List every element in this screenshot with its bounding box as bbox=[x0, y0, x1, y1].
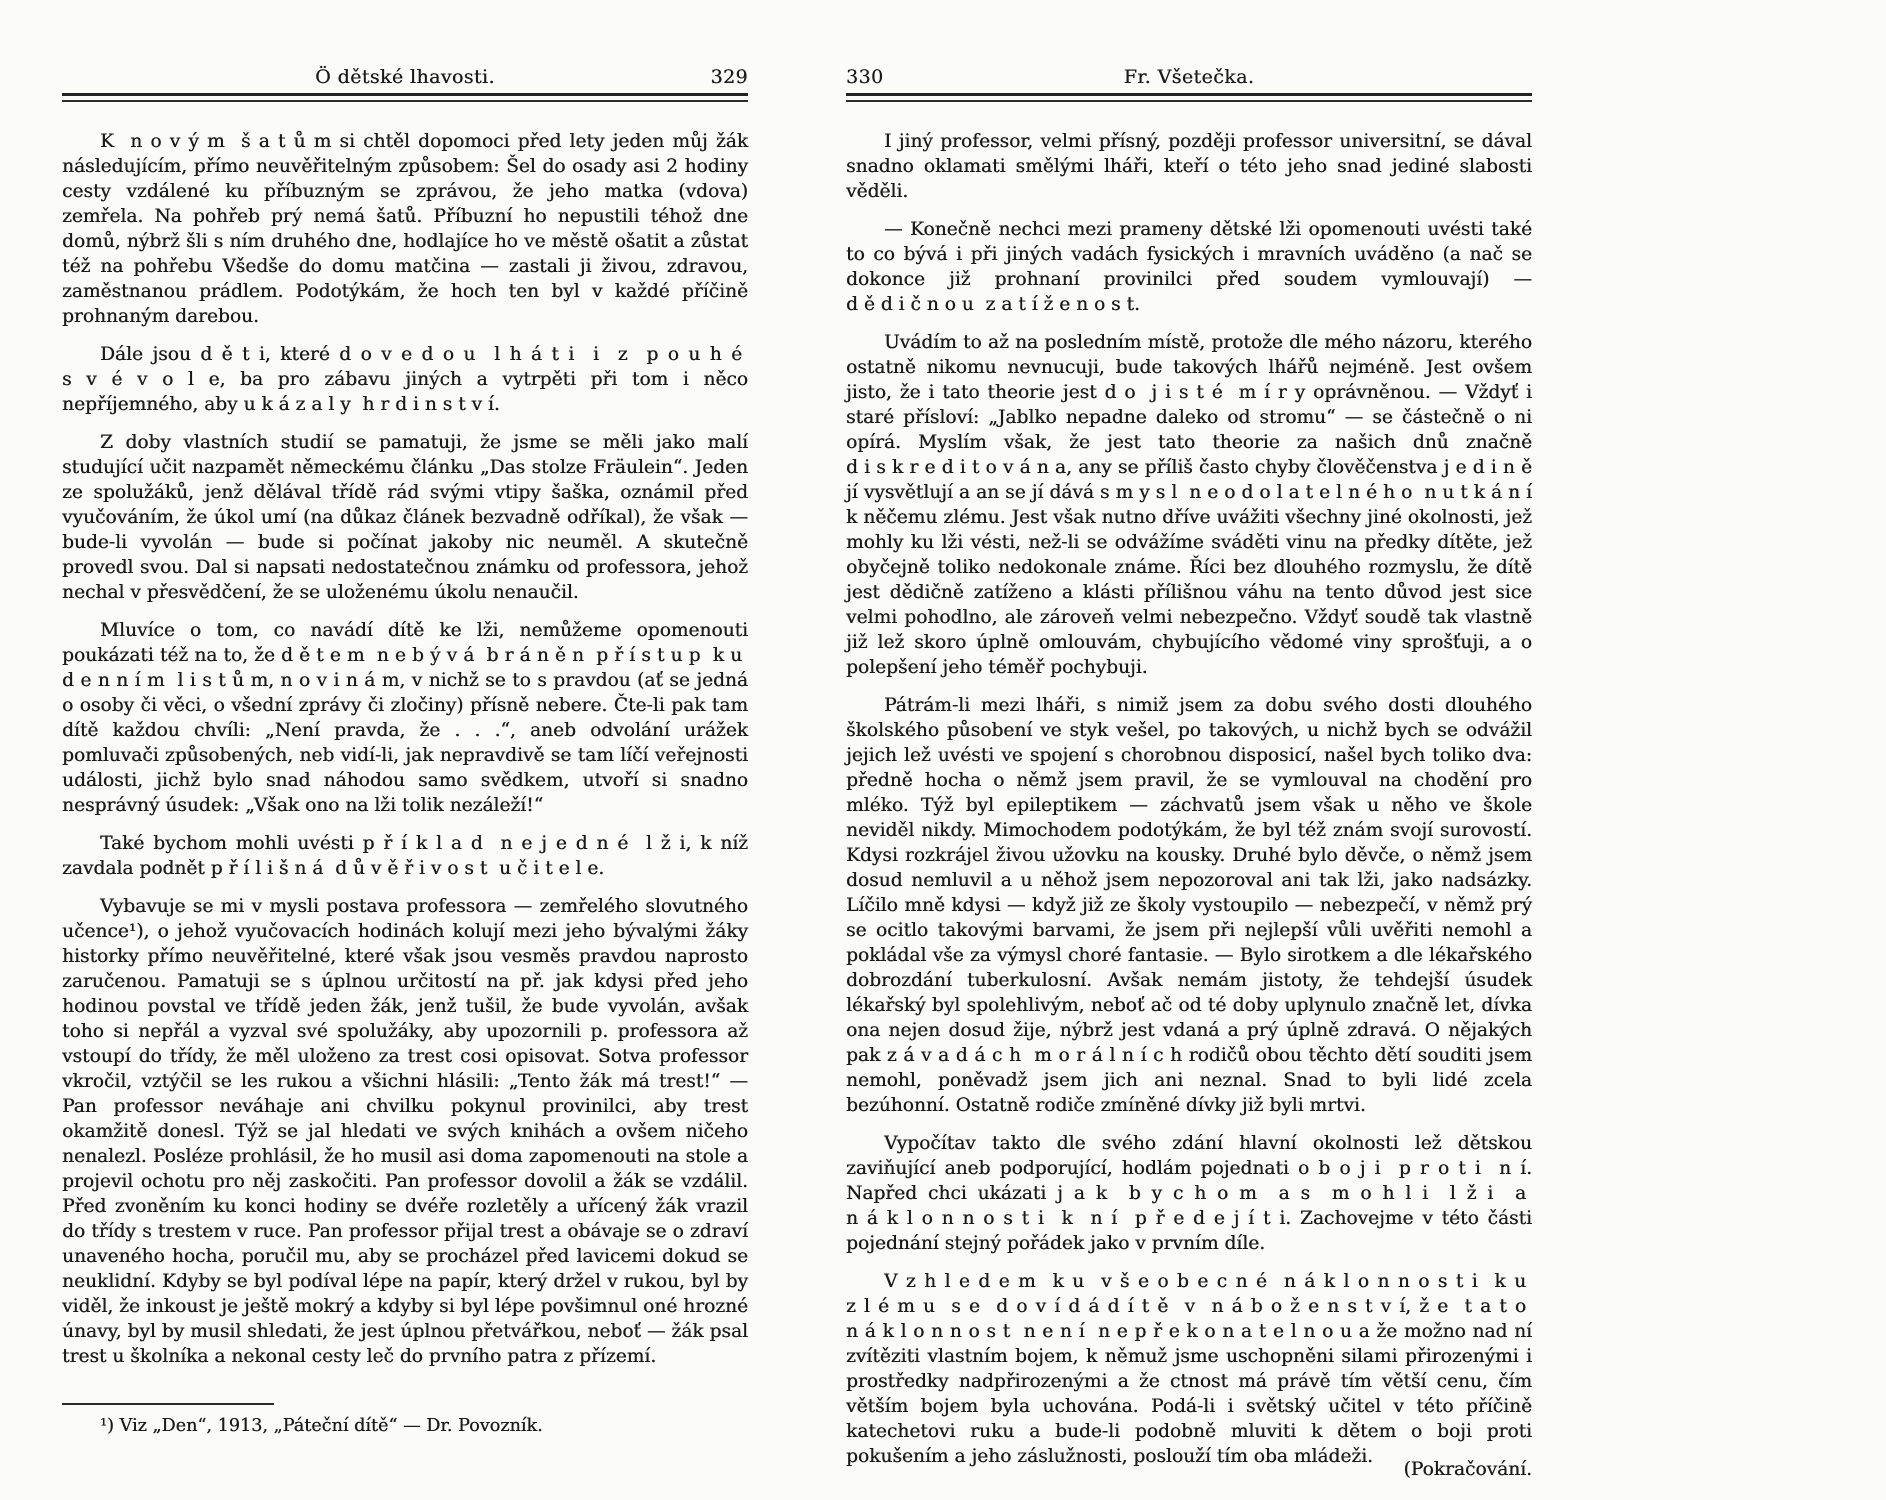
paragraph: Dále jsou d ě t i, které d o v e d o u l… bbox=[62, 342, 748, 417]
paragraph: Uvádím to až na posledním místě, protože… bbox=[846, 330, 1532, 680]
running-title: Fr. Všetečka. bbox=[1124, 66, 1255, 88]
paragraph: Z doby vlastních studií se pamatuji, že … bbox=[62, 430, 748, 605]
page-number: 330 bbox=[846, 66, 1124, 88]
paragraph: Pátrám-li mezi lháři, s nimiž jsem za do… bbox=[846, 693, 1532, 1118]
paragraph: Vypočítav takto dle svého zdání hlavní o… bbox=[846, 1131, 1532, 1256]
left-page: Ö dětské lhavosti. 329 K n o v ý m š a t… bbox=[62, 66, 748, 1482]
paragraph: Také bychom mohli uvésti p ř í k l a d n… bbox=[62, 831, 748, 881]
header-rule bbox=[846, 93, 1532, 102]
paragraph: Vybavuje se mi v mysli postava professor… bbox=[62, 894, 748, 1369]
right-page: 330 Fr. Všetečka. I jiný professor, velm… bbox=[846, 66, 1532, 1482]
header-rule bbox=[62, 93, 748, 102]
paragraph: K n o v ý m š a t ů m si chtěl dopomoci … bbox=[62, 129, 748, 329]
page-spread: Ö dětské lhavosti. 329 K n o v ý m š a t… bbox=[0, 0, 1886, 1482]
paragraph: I jiný professor, velmi přísný, později … bbox=[846, 129, 1532, 204]
left-page-header: Ö dětské lhavosti. 329 bbox=[62, 66, 748, 88]
paragraph: — Konečně nechci mezi prameny dětské lži… bbox=[846, 217, 1532, 317]
footnote-rule bbox=[62, 1403, 274, 1405]
paragraph: Mluvíce o tom, co navádí dítě ke lži, ne… bbox=[62, 618, 748, 818]
paragraph: V z h l e d e m k u v š e o b e c n é n … bbox=[846, 1269, 1532, 1469]
footnote: ¹) Viz „Den“, 1913, „Páteční dítě“ — Dr.… bbox=[62, 1414, 748, 1438]
page-number: 329 bbox=[495, 66, 748, 88]
right-page-header: 330 Fr. Všetečka. bbox=[846, 66, 1532, 88]
running-title: Ö dětské lhavosti. bbox=[315, 66, 495, 88]
